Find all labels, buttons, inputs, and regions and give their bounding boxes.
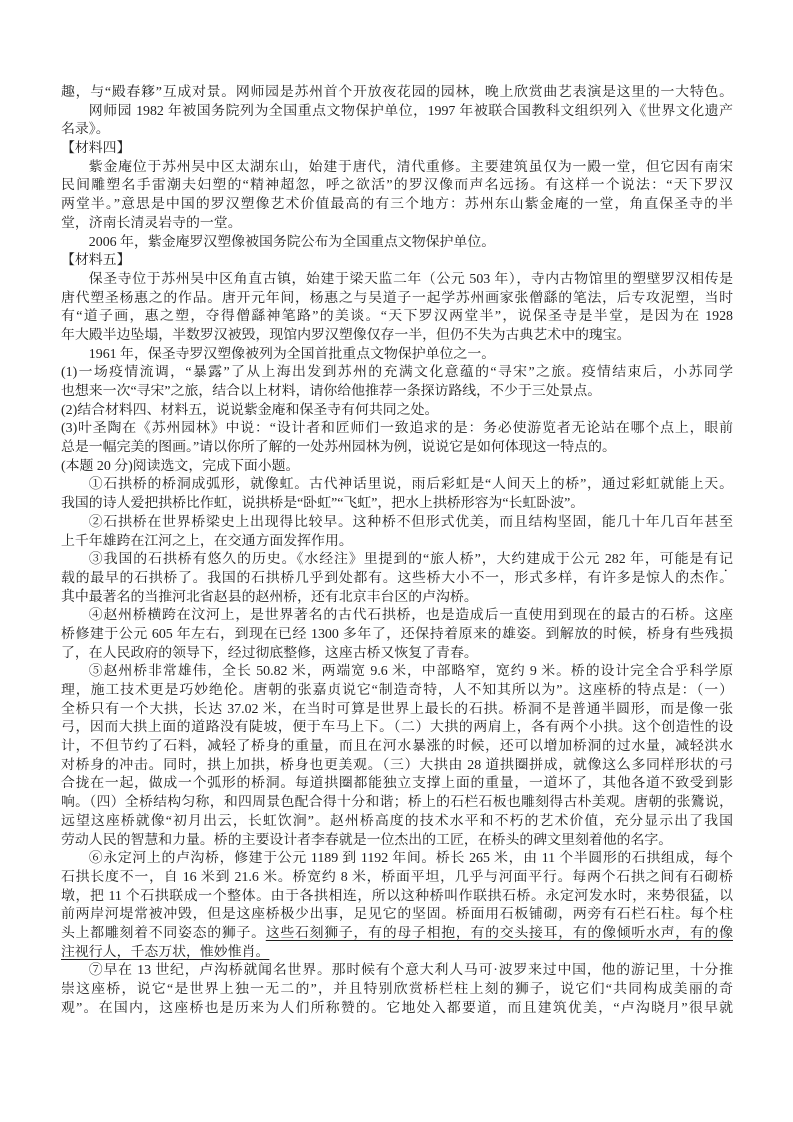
- text-line: 远望这座桥就像“初月出云，长虹饮涧”。赵州桥高度的技术水平和不朽的艺术价值，充分…: [61, 813, 733, 832]
- text-run: 合拢在一起，做成一个弧形的桥洞。每道拱圈都能独立支撑上面的重量，一道坏了，其他各…: [61, 776, 733, 791]
- text-line: 堂，济南长清灵岩寺的一堂。: [61, 215, 733, 234]
- text-run: 理，施工技术更是巧妙绝伦。唐朝的张嘉贞说它“制造奇特，人不知其所以为”。这座桥的…: [61, 683, 733, 698]
- text-line: 观”。在国内，这座桥也是历来为人们所称赞的。它地处入都要道，而且建筑优美，“卢沟…: [61, 1000, 733, 1019]
- text-line: ⑥永定河上的卢沟桥，修建于公元 1189 到 1192 年间。桥长 265 米，…: [61, 850, 733, 869]
- text-run: 有“道子画，惠之塑，夺得僧繇神笔路”的美谈。“天下罗汉两堂半”，说保圣寺是半堂，…: [61, 309, 733, 324]
- text-line: ⑤赵州桥非常雄伟，全长 50.82 米，两端宽 9.6 米，中部略窄，宽约 9 …: [61, 663, 733, 682]
- text-run: 响。（四）全桥结构匀称，和四周景色配合得十分和谐；桥上的石栏石板也雕刻得古朴美观…: [61, 795, 733, 810]
- text-run: 我国的诗人爱把拱桥比作虹，说拱桥是“卧虹”“飞虹”，把水上拱桥形容为“长虹卧波”…: [61, 496, 584, 511]
- emphasized-text: 载的: [61, 571, 90, 586]
- text-run: ⑦早在 13 世纪，卢沟桥就闻名世界。那时候有个意大利人马可·波罗来过中国，他的…: [89, 963, 733, 978]
- text-run: 最早的石拱桥了。我国的石拱桥几乎到处都有。这些桥大小不一，形式多样，有许多是惊人…: [90, 571, 733, 586]
- text-run: 2006 年，紫金庵罗汉塑像被国务院公布为全国重点文物保护单位。: [89, 235, 495, 250]
- text-line: ①石拱桥的桥洞成弧形，就像虹。古代神话里说，雨后彩虹是“人间天上的桥”，通过彩虹…: [61, 476, 733, 495]
- text-run: 也想来一次“寻宋”之旅，结合以上材料，请你给他推荐一条探访路线，不少于三处景点。: [61, 384, 601, 399]
- text-run: 了，在人民政府的领导下，经过彻底整修，这座古桥又恢复了青春。: [61, 646, 478, 661]
- text-run: 1961 年，保圣寺罗汉塑像被列为全国首批重点文物保护单位之一。: [89, 347, 495, 362]
- text-run: ④赵州桥横跨在汶河上，是世界著名的古代石拱桥，也是造成后一直使用到现在的最古的石…: [89, 608, 733, 623]
- text-line: 网师园 1982 年被国务院列为全国重点文物保护单位，1997 年被联合国教科文…: [61, 103, 733, 122]
- text-line: 上千年雄跨在江河之上，在交通方面发挥作用。: [61, 533, 733, 552]
- text-run: 观”。在国内，这座桥也是历来为人们所称赞的。它地处入都要道，而且建筑优美，“卢沟…: [61, 1001, 733, 1016]
- text-line: 年大殿半边坠塌，半数罗汉被毁，现馆内罗汉塑像仅存一半，但仍不失为古典艺术中的瑰宝…: [61, 327, 733, 346]
- text-run: ⑥永定河上的卢沟桥，修建于公元 1189 到 1192 年间。桥长 265 米，…: [89, 851, 733, 866]
- text-line: 【材料四】: [61, 140, 733, 159]
- text-run: 网师园 1982 年被国务院列为全国重点文物保护单位，1997 年被联合国教科文…: [89, 104, 733, 119]
- text-run: (本题 20 分)阅读选文，完成下面小题。: [61, 459, 299, 474]
- text-line: 载的最早的石拱桥了。我国的石拱桥几乎到处都有。这些桥大小不一，形式多样，有许多是…: [61, 570, 733, 589]
- text-line: 也想来一次“寻宋”之旅，结合以上材料，请你给他推荐一条探访路线，不少于三处景点。: [61, 383, 733, 402]
- text-run: ①石拱桥的桥洞成弧形，就像虹。古代神话里说，雨后彩虹是“人间天上的桥”，通过彩虹…: [89, 477, 733, 492]
- text-line: 注视行人，千态万状，惟妙惟肖。: [61, 944, 733, 963]
- text-run: 紫金庵位于苏州吴中区太湖东山，始建于唐代，清代重修。主要建筑虽仅为一殿一堂，但它…: [89, 160, 733, 175]
- text-run: 石拱长度不一，自 16 米到 21.6 米。桥宽约 8 米，桥面平坦，几乎与河面…: [61, 870, 733, 885]
- text-line: 桥修建于公元 605 年左右，到现在已经 1300 多年了，还保持着原来的雄姿。…: [61, 626, 733, 645]
- text-line: 响。（四）全桥结构匀称，和四周景色配合得十分和谐；桥上的石栏石板也雕刻得古朴美观…: [61, 794, 733, 813]
- text-line: 墩，把 11 个石拱联成一个整体。由于各拱相连，所以这种桥叫作联拱石桥。永定河发…: [61, 888, 733, 907]
- text-line: 趣，与“殿春簃”互成对景。网师园是苏州首个开放夜花园的园林，晚上欣赏曲艺表演是这…: [61, 84, 733, 103]
- underlined-text: 注视行人，千态万状，惟妙惟肖。: [61, 945, 269, 960]
- text-line: 全桥只有一个大拱，长达 37.02 米，在当时可算是世界上最长的石拱。桥洞不是普…: [61, 701, 733, 720]
- text-run: 劳动人民的智慧和力量。桥的主要设计者李春就是一位杰出的工匠，在桥头的碑文里刻着他…: [61, 833, 672, 848]
- text-run: 堂，济南长清灵岩寺的一堂。: [61, 216, 242, 231]
- text-line: (本题 20 分)阅读选文，完成下面小题。: [61, 458, 733, 477]
- text-run: (3)叶圣陶在《苏州园林》中说：“设计者和匠师们一致追求的是：务必使游览者无论站…: [61, 421, 733, 436]
- text-line: 1961 年，保圣寺罗汉塑像被列为全国首批重点文物保护单位之一。: [61, 346, 733, 365]
- text-line: 2006 年，紫金庵罗汉塑像被国务院公布为全国重点文物保护单位。: [61, 234, 733, 253]
- text-line: ②石拱桥在世界桥梁史上出现得比较早。这种桥不但形式优美，而且结构坚固，能几十年几…: [61, 514, 733, 533]
- text-line: 理，施工技术更是巧妙绝伦。唐朝的张嘉贞说它“制造奇特，人不知其所以为”。这座桥的…: [61, 682, 733, 701]
- text-run: ③我国的石拱桥有悠久的历史。《水经注》里提到的“旅人桥”，大约建成于公元 282…: [89, 552, 660, 567]
- text-line: 两堂半。”意思是中国的罗汉塑像艺术价值最高的有三个地方：苏州东山紫金庵的一堂，角…: [61, 196, 733, 215]
- text-run: 【材料五】: [61, 253, 130, 268]
- text-line: 其中最著名的当推河北省赵县的赵州桥，还有北京丰台区的卢沟桥。: [61, 589, 733, 608]
- text-run: 计，不但节约了石料，减轻了桥身的重量，而且在河水暴涨的时候，还可以增加桥洞的过水…: [61, 739, 733, 754]
- text-line: 保圣寺位于苏州吴中区角直古镇，始建于梁天监二年（公元 503 年），寺内古物馆里…: [61, 271, 733, 290]
- text-run: 趣，与“殿春簃”互成对景。网师园是苏州首个开放夜花园的园林，晚上欣赏曲艺表演是这…: [61, 85, 733, 100]
- text-line: 前两岸河堤常被冲毁，但是这座桥极少出事，足见它的坚固。桥面用石板铺砌，两旁有石栏…: [61, 906, 733, 925]
- text-run: ②石拱桥在世界桥梁史上出现得比较早。这种桥不但形式优美，而且结构坚固，能几十年几…: [89, 515, 733, 530]
- text-line: 总是一幅完美的图画。”请以你所了解的一处苏州园林为例，说说它是如何体现这一特点的…: [61, 439, 733, 458]
- text-line: 紫金庵位于苏州吴中区太湖东山，始建于唐代，清代重修。主要建筑虽仅为一殿一堂，但它…: [61, 159, 733, 178]
- text-run: 远望这座桥就像“初月出云，长虹饮涧”。赵州桥高度的技术水平和不朽的艺术价值，充分…: [61, 814, 733, 829]
- text-run: 头上都雕刻着不同姿态的狮子。: [61, 926, 266, 941]
- text-line: ③我国的石拱桥有悠久的历史。《水经注》里提到的“旅人桥”，大约建成于公元 282…: [61, 551, 733, 570]
- text-line: 民间雕塑名手雷潮夫妇塑的“精神超忽，呼之欲活”的罗汉像而声名远扬。有这样一个说法…: [61, 177, 733, 196]
- text-block: 趣，与“殿春簃”互成对景。网师园是苏州首个开放夜花园的园林，晚上欣赏曲艺表演是这…: [61, 84, 733, 1018]
- text-run: (1)一场疫情流调，“暴露”了从上海出发到苏州的充满文化意蕴的“寻宋”之旅。疫情…: [61, 365, 733, 380]
- text-run: 保圣寺位于苏州吴中区角直古镇，始建于梁天监二年（公元 503 年），寺内古物馆里…: [89, 272, 733, 287]
- text-run: 其中最著名的当推河北省赵县的赵州桥，还有北京丰台区的卢沟桥。: [61, 590, 478, 605]
- text-run: 【材料四】: [61, 141, 130, 156]
- text-line: 计，不但节约了石料，减轻了桥身的重量，而且在河水暴涨的时候，还可以增加桥洞的过水…: [61, 738, 733, 757]
- text-run: ⑤赵州桥非常雄伟，全长 50.82 米，两端宽 9.6 米，中部略窄，宽约 9 …: [89, 664, 733, 679]
- text-line: 崇这座桥，说它“是世界上独一无二的”，并且特别欣赏桥栏柱上刻的狮子，说它们“共同…: [61, 981, 733, 1000]
- text-line: (3)叶圣陶在《苏州园林》中说：“设计者和匠师们一致追求的是：务必使游览者无论站…: [61, 420, 733, 439]
- document-page: 趣，与“殿春簃”互成对景。网师园是苏州首个开放夜花园的园林，晚上欣赏曲艺表演是这…: [0, 0, 793, 1122]
- text-run: 崇这座桥，说它“是世界上独一无二的”，并且特别欣赏桥栏柱上刻的狮子，说它们“共同…: [61, 982, 733, 997]
- text-line: 头上都雕刻着不同姿态的狮子。这些石刻狮子，有的母子相抱，有的交头接耳，有的像倾听…: [61, 925, 733, 944]
- text-run: 墩，把 11 个石拱联成一个整体。由于各拱相连，所以这种桥叫作联拱石桥。永定河发…: [61, 889, 733, 904]
- text-line: 有“道子画，惠之塑，夺得僧繇神笔路”的美谈。“天下罗汉两堂半”，说保圣寺是半堂，…: [61, 308, 733, 327]
- text-line: 劳动人民的智慧和力量。桥的主要设计者李春就是一位杰出的工匠，在桥头的碑文里刻着他…: [61, 832, 733, 851]
- text-line: ④赵州桥横跨在汶河上，是世界著名的古代石拱桥，也是造成后一直使用到现在的最古的石…: [61, 607, 733, 626]
- text-line: 对桥身的冲击。同时，拱上加拱，桥身也更美观。（三）大拱由 28 道拱圈拼成，就像…: [61, 757, 733, 776]
- text-line: 合拢在一起，做成一个弧形的桥洞。每道拱圈都能独立支撑上面的重量，一道坏了，其他各…: [61, 775, 733, 794]
- text-line: ⑦早在 13 世纪，卢沟桥就闻名世界。那时候有个意大利人马可·波罗来过中国，他的…: [61, 962, 733, 981]
- underlined-text: 这些石刻狮子，有的母子相抱，有的交头接耳，有的像倾听水声，有的像: [266, 926, 733, 941]
- text-run: 弓，因而大拱上面的道路没有陡坡，便于车马上下。（二）大拱的两肩上，各有两个小拱。…: [61, 720, 733, 735]
- text-run: (2)结合材料四、材料五，说说紫金庵和保圣寺有何共同之处。: [61, 403, 438, 418]
- text-line: 名录》。: [61, 121, 733, 140]
- text-run: 名录》。: [61, 122, 110, 137]
- text-run: 唐代塑圣杨惠之的作品。唐开元年间，杨惠之与吴道子一起学苏州画家张僧繇的笔法，后专…: [61, 291, 733, 306]
- text-line: 石拱长度不一，自 16 米到 21.6 米。桥宽约 8 米，桥面平坦，几乎与河面…: [61, 869, 733, 888]
- text-run: 全桥只有一个大拱，长达 37.02 米，在当时可算是世界上最长的石拱。桥洞不是普…: [61, 702, 733, 717]
- text-line: (1)一场疫情流调，“暴露”了从上海出发到苏州的充满文化意蕴的“寻宋”之旅。疫情…: [61, 364, 733, 383]
- text-run: 民间雕塑名手雷潮夫妇塑的“精神超忽，呼之欲活”的罗汉像而声名远扬。有这样一个说法…: [61, 178, 733, 193]
- text-line: 我国的诗人爱把拱桥比作虹，说拱桥是“卧虹”“飞虹”，把水上拱桥形容为“长虹卧波”…: [61, 495, 733, 514]
- text-run: 年大殿半边坠塌，半数罗汉被毁，现馆内罗汉塑像仅存一半，但仍不失为古典艺术中的瑰宝…: [61, 328, 631, 343]
- text-run: 两堂半。”意思是中国的罗汉塑像艺术价值最高的有三个地方：苏州东山紫金庵的一堂，角…: [61, 197, 733, 212]
- text-line: 弓，因而大拱上面的道路没有陡坡，便于车马上下。（二）大拱的两肩上，各有两个小拱。…: [61, 719, 733, 738]
- text-line: (2)结合材料四、材料五，说说紫金庵和保圣寺有何共同之处。: [61, 402, 733, 421]
- text-run: 前两岸河堤常被冲毁，但是这座桥极少出事，足见它的坚固。桥面用石板铺砌，两旁有石栏…: [61, 907, 733, 922]
- text-line: 唐代塑圣杨惠之的作品。唐开元年间，杨惠之与吴道子一起学苏州画家张僧繇的笔法，后专…: [61, 290, 733, 309]
- text-run: 上千年雄跨在江河之上，在交通方面发挥作用。: [61, 534, 353, 549]
- text-run: 桥修建于公元 605 年左右，到现在已经 1300 多年了，还保持着原来的雄姿。…: [61, 627, 733, 642]
- text-run: 总是一幅完美的图画。”请以你所了解的一处苏州园林为例，说说它是如何体现这一特点的…: [61, 440, 616, 455]
- text-line: 【材料五】: [61, 252, 733, 271]
- text-line: 了，在人民政府的领导下，经过彻底整修，这座古桥又恢复了青春。: [61, 645, 733, 664]
- text-run: 对桥身的冲击。同时，拱上加拱，桥身也更美观。（三）大拱由 28 道拱圈拼成，就像…: [61, 758, 733, 773]
- emphasized-text: 可能是有记: [660, 552, 733, 567]
